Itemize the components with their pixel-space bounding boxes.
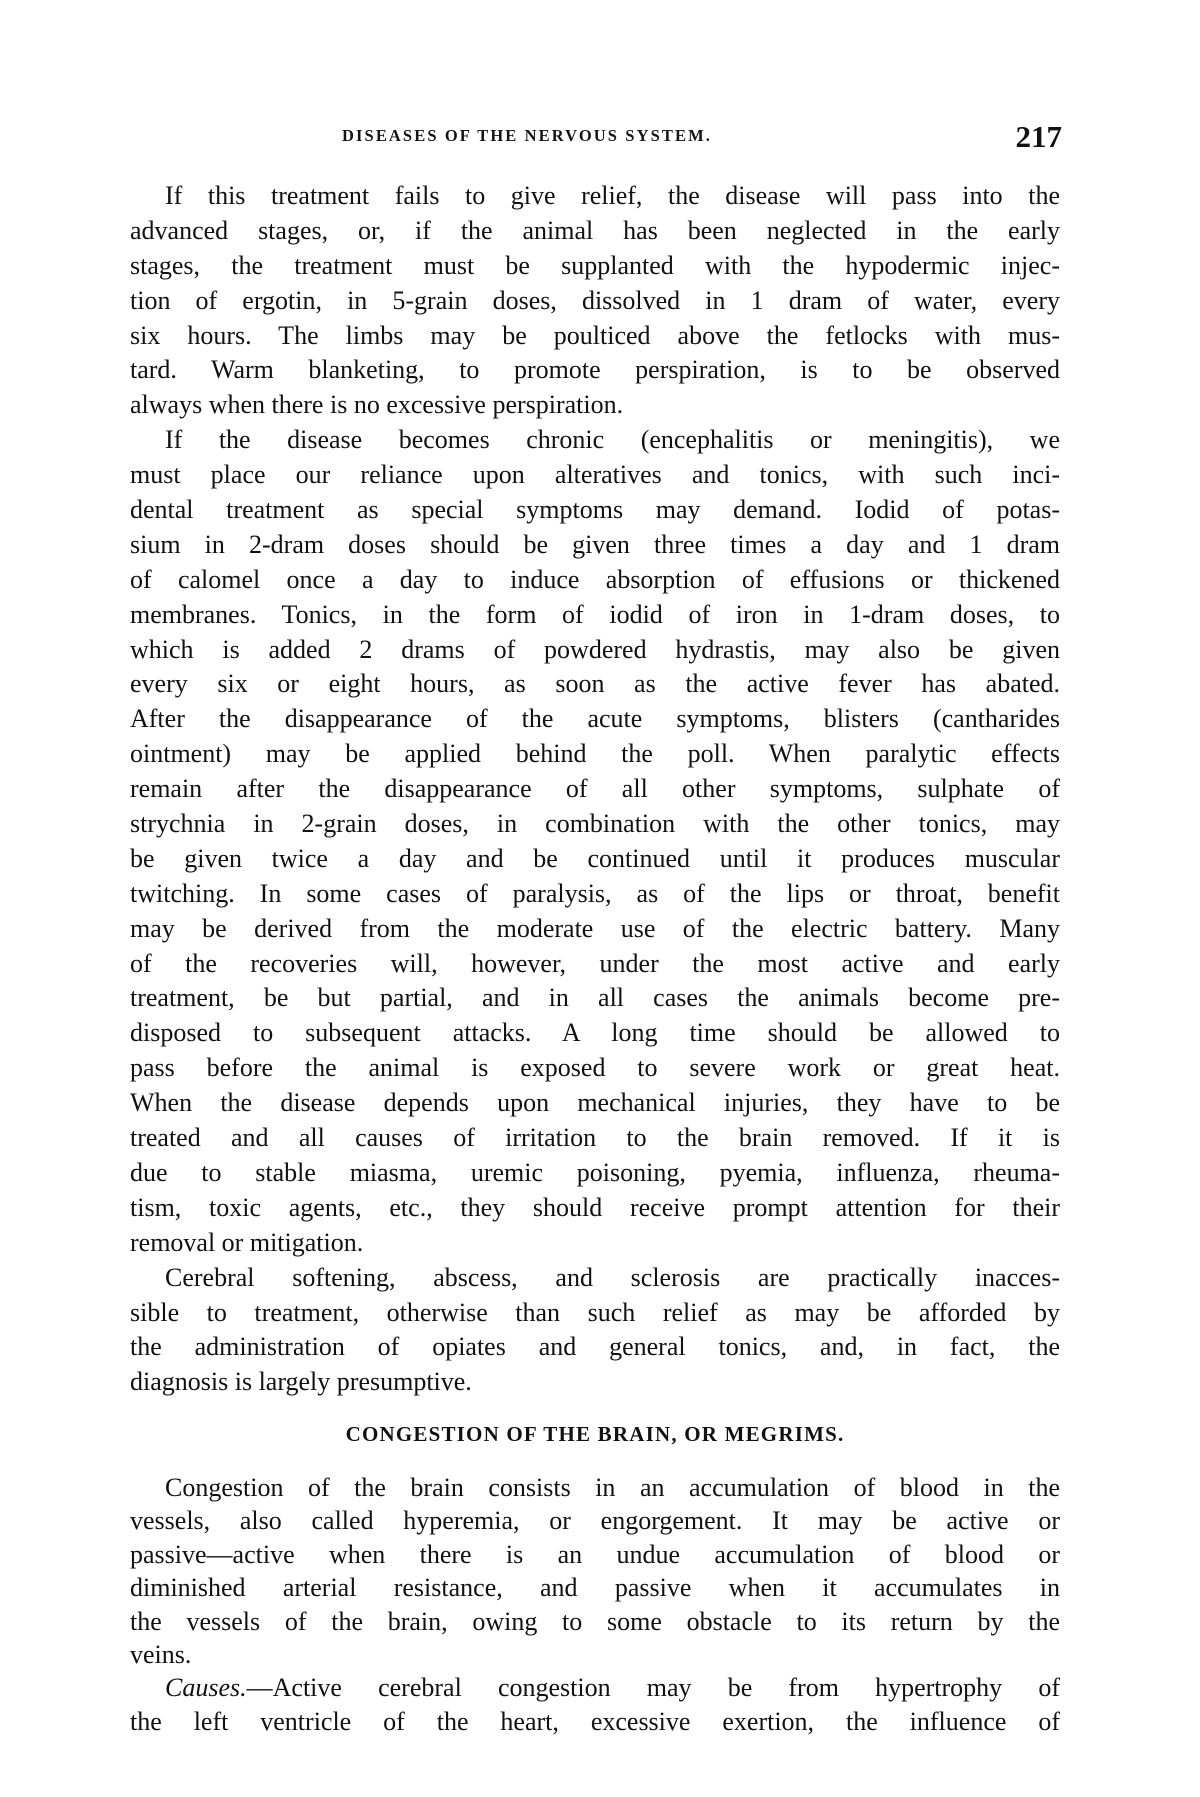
text-line: must place our reliance upon alteratives… <box>130 458 1060 493</box>
text-line: membranes. Tonics, in the form of iodid … <box>130 598 1060 633</box>
text-line: the left ventricle of the heart, excessi… <box>130 1705 1060 1738</box>
book-page: DISEASES OF THE NERVOUS SYSTEM. 217 If t… <box>0 0 1200 1797</box>
paragraph-causes: Causes.—Active cerebral congestion may b… <box>130 1671 1060 1738</box>
page-number: 217 <box>1006 119 1062 155</box>
text-line: When the disease depends upon mechanical… <box>130 1086 1060 1121</box>
causes-label: Causes. <box>165 1673 247 1702</box>
text-line: treatment, be but partial, and in all ca… <box>130 981 1060 1016</box>
text-line: If this treatment fails to give relief, … <box>130 179 1060 214</box>
running-head: DISEASES OF THE NERVOUS SYSTEM. <box>342 126 842 146</box>
paragraph-congestion-definition: Congestion of the brain consists in an a… <box>130 1471 1060 1671</box>
text-line: veins. <box>130 1638 1060 1671</box>
paragraph-chronic-disease: If the disease becomes chronic (encephal… <box>130 423 1060 1260</box>
text-line: of calomel once a day to induce absorpti… <box>130 563 1060 598</box>
text-line: passive—active when there is an undue ac… <box>130 1538 1060 1571</box>
text-line: of the recoveries will, however, under t… <box>130 947 1060 982</box>
text-line: treated and all causes of irritation to … <box>130 1121 1060 1156</box>
text-line: be given twice a day and be continued un… <box>130 842 1060 877</box>
text-line: ointment) may be applied behind the poll… <box>130 737 1060 772</box>
text-line: due to stable miasma, uremic poisoning, … <box>130 1156 1060 1191</box>
text-line: tism, toxic agents, etc., they should re… <box>130 1191 1060 1226</box>
text-line: dental treatment as special symptoms may… <box>130 493 1060 528</box>
text-line: disposed to subsequent attacks. A long t… <box>130 1016 1060 1051</box>
paragraph-cerebral-softening: Cerebral softening, abscess, and scleros… <box>130 1261 1060 1401</box>
section-heading: CONGESTION OF THE BRAIN, OR MEGRIMS. <box>130 1421 1060 1447</box>
text-line: stages, the treatment must be supplanted… <box>130 249 1060 284</box>
text-line: Congestion of the brain consists in an a… <box>130 1471 1060 1504</box>
text-line: Cerebral softening, abscess, and scleros… <box>130 1261 1060 1296</box>
text-line: twitching. In some cases of paralysis, a… <box>130 877 1060 912</box>
text-line: removal or mitigation. <box>130 1226 1060 1261</box>
text-line: sible to treatment, otherwise than such … <box>130 1296 1060 1331</box>
text-line: always when there is no excessive perspi… <box>130 388 1060 423</box>
text-line: vessels, also called hyperemia, or engor… <box>130 1504 1060 1537</box>
text-line: pass before the animal is exposed to sev… <box>130 1051 1060 1086</box>
text-line: which is added 2 drams of powdered hydra… <box>130 633 1060 668</box>
causes-text: —Active cerebral congestion may be from … <box>247 1673 1060 1702</box>
body-text-upper: If this treatment fails to give relief, … <box>130 179 1060 1400</box>
text-line: every six or eight hours, as soon as the… <box>130 667 1060 702</box>
text-line: the vessels of the brain, owing to some … <box>130 1605 1060 1638</box>
text-line: After the disappearance of the acute sym… <box>130 702 1060 737</box>
text-line: remain after the disappearance of all ot… <box>130 772 1060 807</box>
paragraph-treatment-failure: If this treatment fails to give relief, … <box>130 179 1060 423</box>
text-line: If the disease becomes chronic (encephal… <box>130 423 1060 458</box>
text-line: tion of ergotin, in 5-grain doses, disso… <box>130 284 1060 319</box>
text-line: strychnia in 2-grain doses, in combinati… <box>130 807 1060 842</box>
text-line: sium in 2-dram doses should be given thr… <box>130 528 1060 563</box>
text-line: Causes.—Active cerebral congestion may b… <box>130 1671 1060 1704</box>
text-line: the administration of opiates and genera… <box>130 1330 1060 1365</box>
text-line: tard. Warm blanketing, to promote perspi… <box>130 353 1060 388</box>
text-line: advanced stages, or, if the animal has b… <box>130 214 1060 249</box>
body-text-lower: Congestion of the brain consists in an a… <box>130 1471 1060 1738</box>
text-line: diminished arterial resistance, and pass… <box>130 1571 1060 1604</box>
text-line: diagnosis is largely presumptive. <box>130 1365 1060 1400</box>
text-line: six hours. The limbs may be poulticed ab… <box>130 319 1060 354</box>
text-line: may be derived from the moderate use of … <box>130 912 1060 947</box>
